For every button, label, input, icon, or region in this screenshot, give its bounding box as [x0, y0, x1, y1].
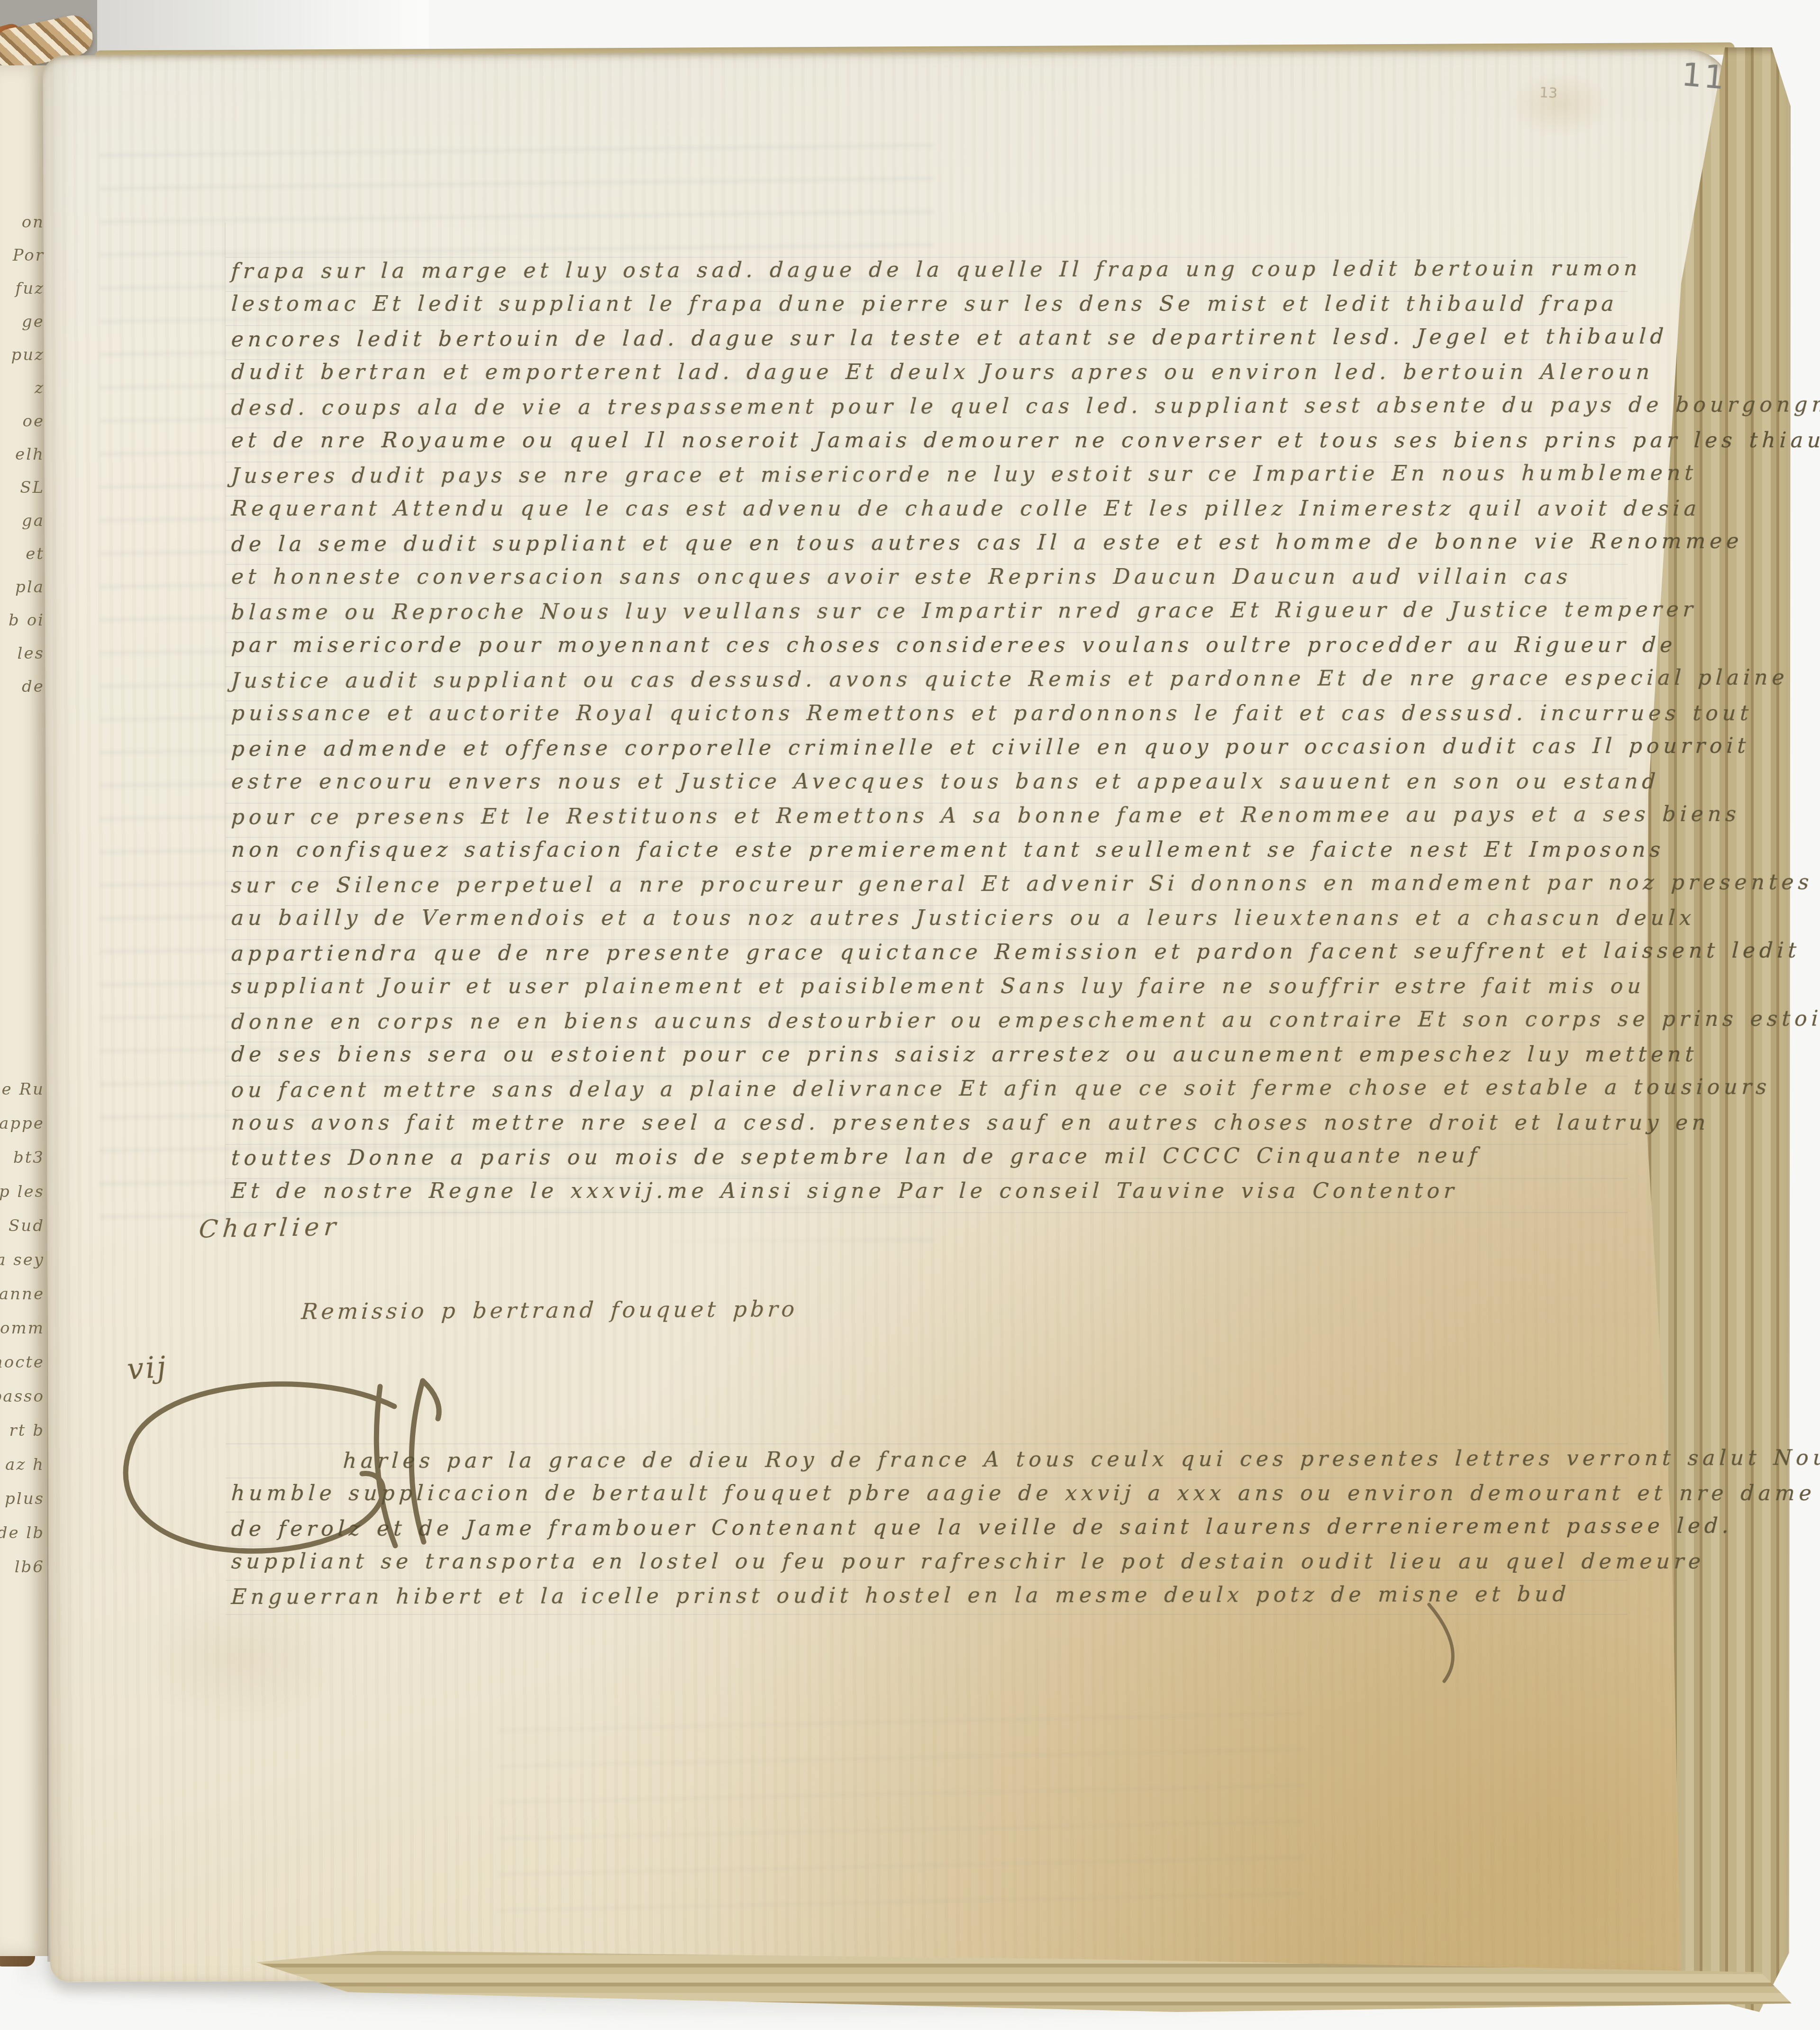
parchment-page: [43, 49, 1739, 1982]
rubric-remission-title: Remissio p bertrand fouquet pbro: [300, 1298, 798, 1322]
decorated-initial-C: [91, 1373, 451, 1563]
clerk-signature: Charlier: [198, 1214, 341, 1242]
facing-page-edge: [0, 65, 48, 1956]
manuscript-photo: 11 13 onPorfuzgepuzzoeelhSLgaetplab oile…: [0, 0, 1820, 2030]
folio-number: 11: [1680, 59, 1728, 95]
ruled-margin-line: [225, 223, 226, 1237]
pen-flourish-tail: [1415, 1601, 1495, 1686]
pencil-mark: 13: [1539, 86, 1558, 101]
photo-backdrop-card: [97, 0, 429, 57]
